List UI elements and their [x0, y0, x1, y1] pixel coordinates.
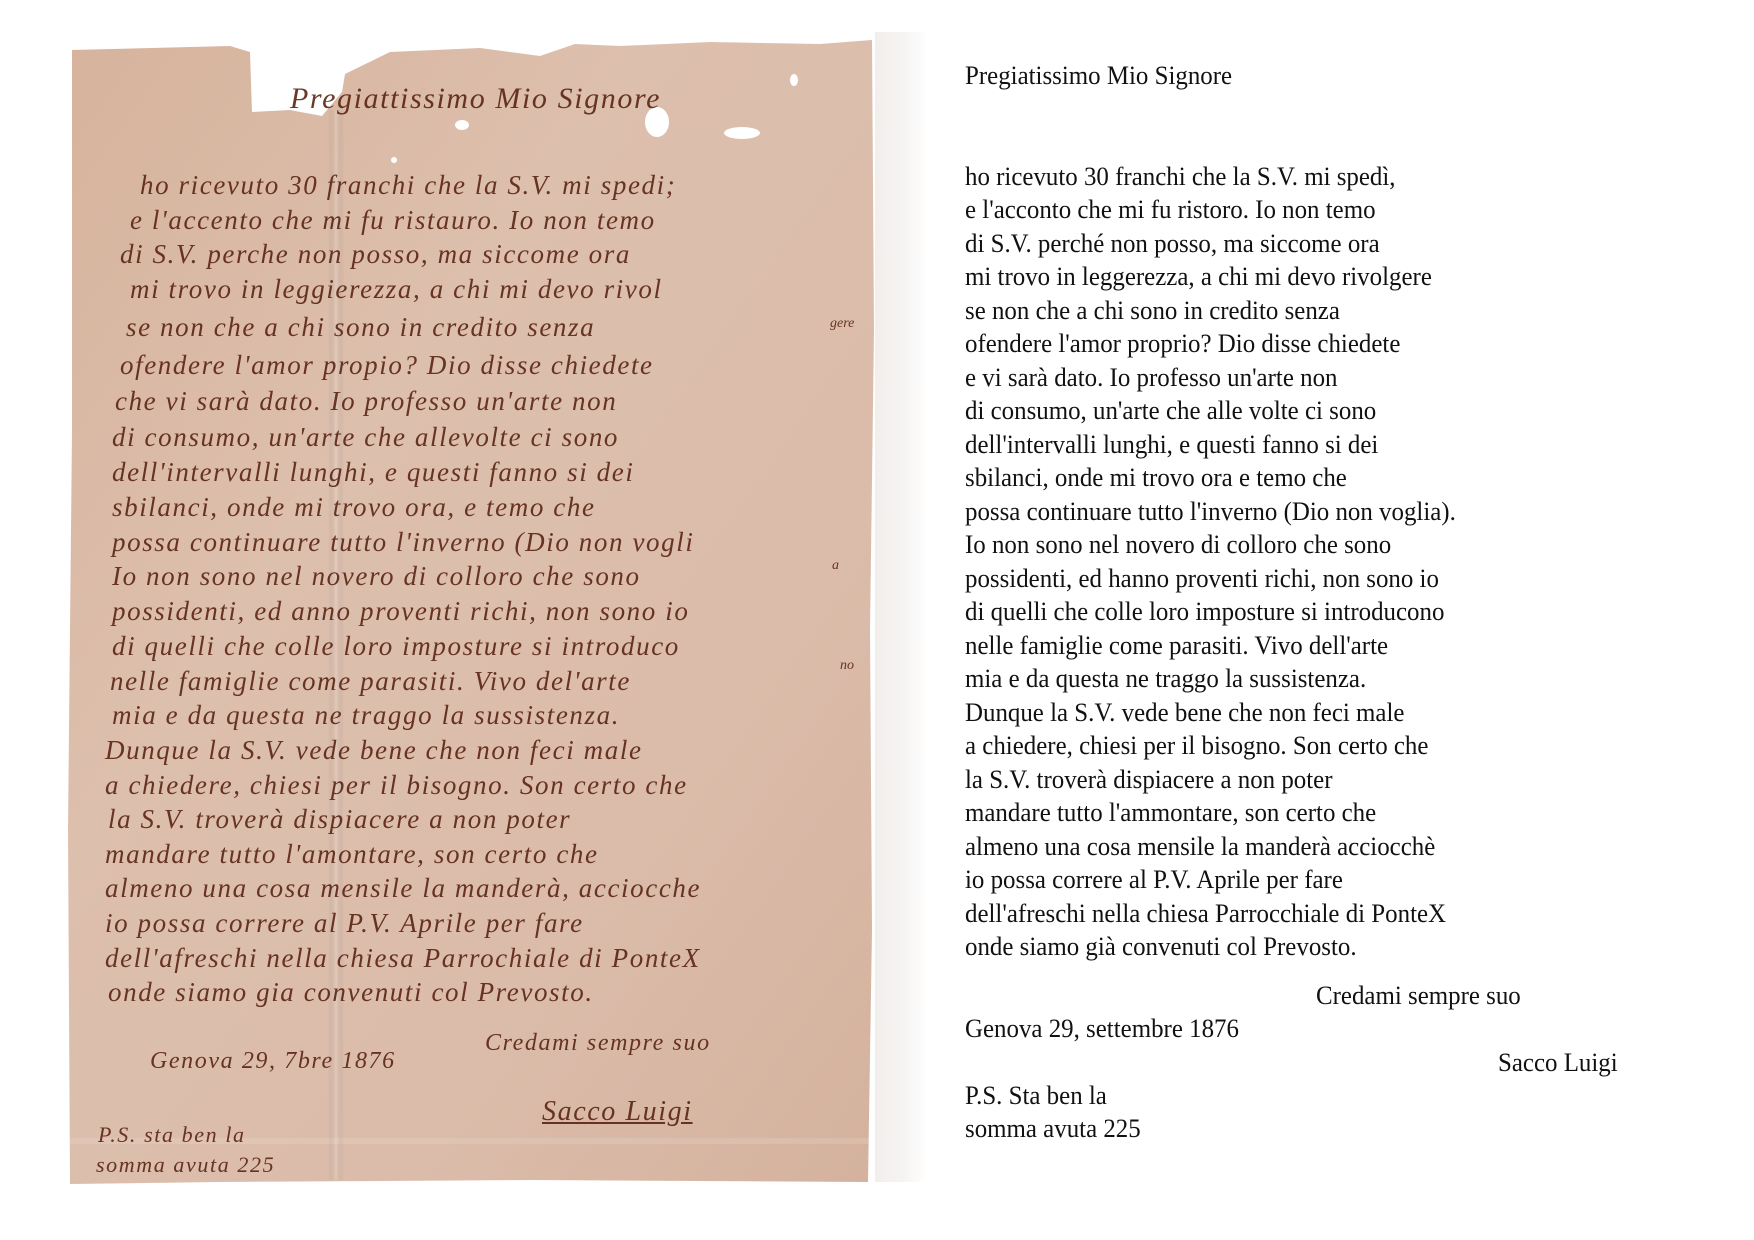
- body-line: e l'acconto che mi fu ristoro. Io non te…: [965, 196, 1376, 223]
- body-line: a chiedere, chiesi per il bisogno. Son c…: [965, 732, 1428, 759]
- body-line: Io non sono nel novero di colloro che so…: [965, 531, 1391, 558]
- body-line: ho ricevuto 30 franchi che la S.V. mi sp…: [965, 163, 1396, 190]
- body-line: di S.V. perché non posso, ma siccome ora: [965, 230, 1380, 257]
- transcription-closing: Credami sempre suo: [1316, 982, 1521, 1009]
- transcription-date: Genova 29, settembre 1876: [965, 1015, 1239, 1042]
- transcription-signature: Sacco Luigi: [1498, 1049, 1618, 1076]
- transcription-salutation: Pregiatissimo Mio Signore: [965, 62, 1232, 89]
- body-line: dell'afreschi nella chiesa Parrocchiale …: [965, 900, 1446, 927]
- body-line: sbilanci, onde mi trovo ora e temo che: [965, 464, 1347, 491]
- body-line: se non che a chi sono in credito senza: [965, 297, 1340, 324]
- body-line: e vi sarà dato. Io professo un'arte non: [965, 364, 1337, 391]
- body-line: la S.V. troverà dispiacere a non poter: [965, 766, 1333, 793]
- body-line: ofendere l'amor proprio? Dio disse chied…: [965, 330, 1400, 357]
- body-line: di quelli che colle loro imposture si in…: [965, 598, 1444, 625]
- body-line: dell'intervalli lunghi, e questi fanno s…: [965, 431, 1378, 458]
- transcription: Pregiatissimo Mio Signore ho ricevuto 30…: [0, 0, 1754, 1240]
- body-line: possa continuare tutto l'inverno (Dio no…: [965, 498, 1456, 525]
- body-line: io possa correre al P.V. Aprile per fare: [965, 866, 1343, 893]
- body-line: di consumo, un'arte che alle volte ci so…: [965, 397, 1376, 424]
- body-line: mi trovo in leggerezza, a chi mi devo ri…: [965, 263, 1432, 290]
- body-line: Dunque la S.V. vede bene che non feci ma…: [965, 699, 1404, 726]
- body-line: nelle famiglie come parasiti. Vivo dell'…: [965, 632, 1388, 659]
- body-line: mia e da questa ne traggo la sussistenza…: [965, 665, 1366, 692]
- body-line: possidenti, ed hanno proventi richi, non…: [965, 565, 1439, 592]
- body-line: almeno una cosa mensile la manderà accio…: [965, 833, 1435, 860]
- transcription-postscript-line: somma avuta 225: [965, 1115, 1141, 1142]
- transcription-postscript-line: P.S. Sta ben la: [965, 1082, 1107, 1109]
- body-line: mandare tutto l'ammontare, son certo che: [965, 799, 1376, 826]
- body-line: onde siamo già convenuti col Prevosto.: [965, 933, 1357, 960]
